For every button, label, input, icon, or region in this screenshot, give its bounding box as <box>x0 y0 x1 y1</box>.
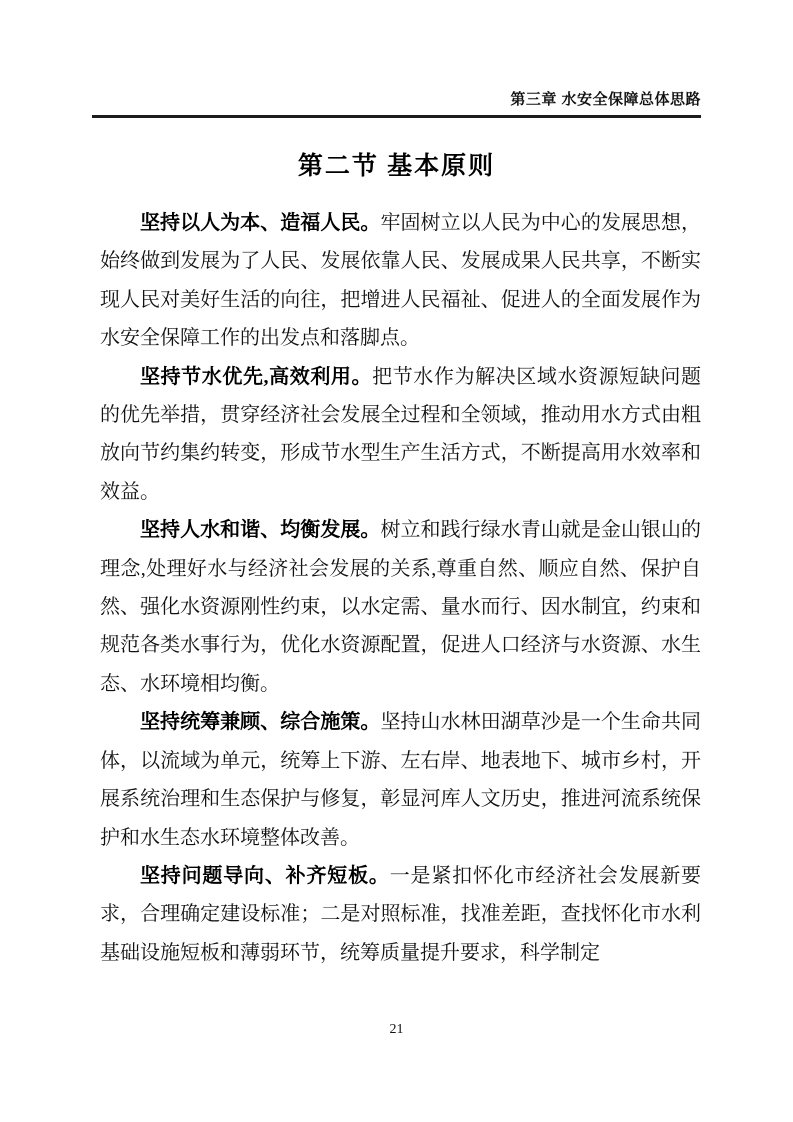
paragraph: 坚持节水优先,高效利用。把节水作为解决区域水资源短缺问题的优先举措，贯穿经济社会… <box>100 358 701 512</box>
header-rule <box>92 115 701 118</box>
paragraph-lead: 坚持人水和谐、均衡发展。 <box>140 519 380 541</box>
paragraph: 坚持以人为本、造福人民。牢固树立以人民为中心的发展思想，始终做到发展为了人民、发… <box>100 204 701 358</box>
paragraph: 坚持人水和谐、均衡发展。树立和践行绿水青山就是金山银山的理念,处理好水与经济社会… <box>100 511 701 703</box>
paragraph-lead: 坚持节水优先,高效利用。 <box>140 366 372 388</box>
paragraph-body: 树立和践行绿水青山就是金山银山的理念,处理好水与经济社会发展的关系,尊重自然、顺… <box>100 519 701 695</box>
paragraph: 坚持问题导向、补齐短板。一是紧扣怀化市经济社会发展新要求，合理确定建设标准；二是… <box>100 857 701 972</box>
document-page: 第三章 水安全保障总体思路 第二节 基本原则 坚持以人为本、造福人民。牢固树立以… <box>0 0 793 1122</box>
page-number: 21 <box>0 1022 793 1038</box>
body-text: 坚持以人为本、造福人民。牢固树立以人民为中心的发展思想，始终做到发展为了人民、发… <box>100 204 701 972</box>
paragraph: 坚持统筹兼顾、综合施策。坚持山水林田湖草沙是一个生命共同体，以流域为单元，统筹上… <box>100 703 701 857</box>
section-title: 第二节 基本原则 <box>0 146 793 182</box>
paragraph-lead: 坚持以人为本、造福人民。 <box>140 212 380 234</box>
running-head: 第三章 水安全保障总体思路 <box>92 88 701 109</box>
paragraph-lead: 坚持统筹兼顾、综合施策。 <box>140 711 380 733</box>
paragraph-lead: 坚持问题导向、补齐短板。 <box>140 865 390 887</box>
